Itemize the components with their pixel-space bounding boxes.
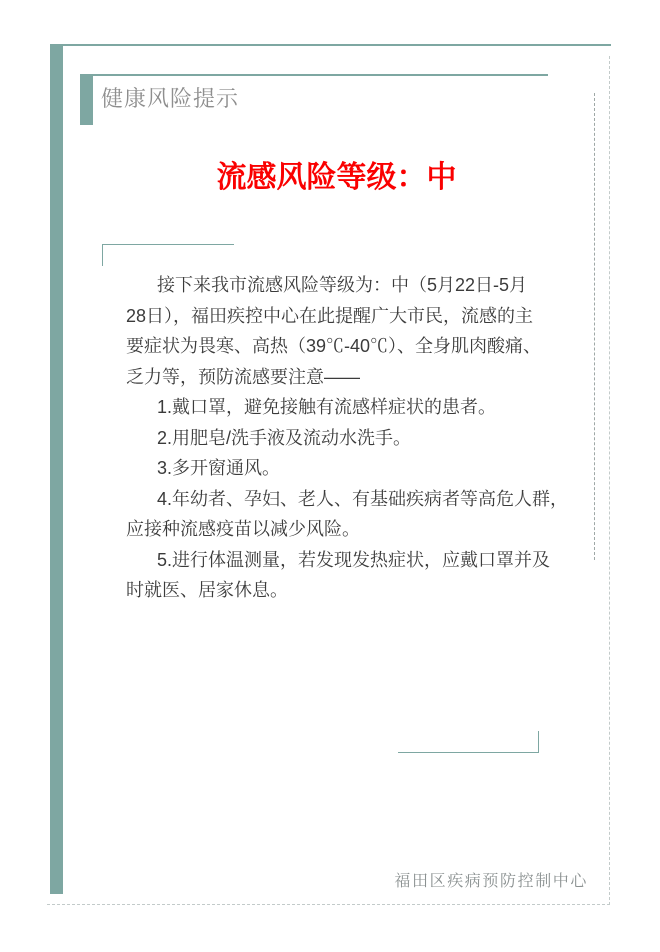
notice-item: 4.年幼者、孕妇、老人、有基础疾病者等高危人群， 应接种流感疫苗以减少风险。: [126, 484, 596, 545]
notice-intro-paragraph: 接下来我市流感风险等级为：中（5月22日-5月 28日），福田疾控中心在此提醒广…: [126, 270, 596, 392]
header-accent-block: [80, 74, 93, 125]
footer-signature: 福田区疾病预防控制中心: [126, 869, 588, 895]
left-accent-bar: [50, 45, 63, 894]
top-accent-line: [50, 44, 611, 46]
header-rule-line: [93, 74, 548, 76]
notice-item: 3.多开窗通风。: [126, 453, 596, 484]
notice-title: 流感风险等级：中: [63, 156, 610, 200]
notice-body: 接下来我市流感风险等级为：中（5月22日-5月 28日），福田疾控中心在此提醒广…: [126, 270, 596, 606]
notice-item: 5.进行体温测量，若发现发热症状，应戴口罩并及 时就医、居家休息。: [126, 545, 596, 606]
dashed-border-bottom: [47, 904, 610, 905]
corner-bracket-top-left: [102, 244, 234, 266]
notice-item: 2.用肥皂/洗手液及流动水洗手。: [126, 423, 596, 454]
corner-bracket-bottom-right: [398, 731, 539, 753]
health-notice-page: 健康风险提示 流感风险等级：中 接下来我市流感风险等级为：中（5月22日-5月 …: [0, 0, 660, 952]
section-label: 健康风险提示: [101, 84, 239, 114]
notice-item: 1.戴口罩，避免接触有流感样症状的患者。: [126, 392, 596, 423]
notice-item-list: 1.戴口罩，避免接触有流感样症状的患者。2.用肥皂/洗手液及流动水洗手。3.多开…: [126, 392, 596, 606]
